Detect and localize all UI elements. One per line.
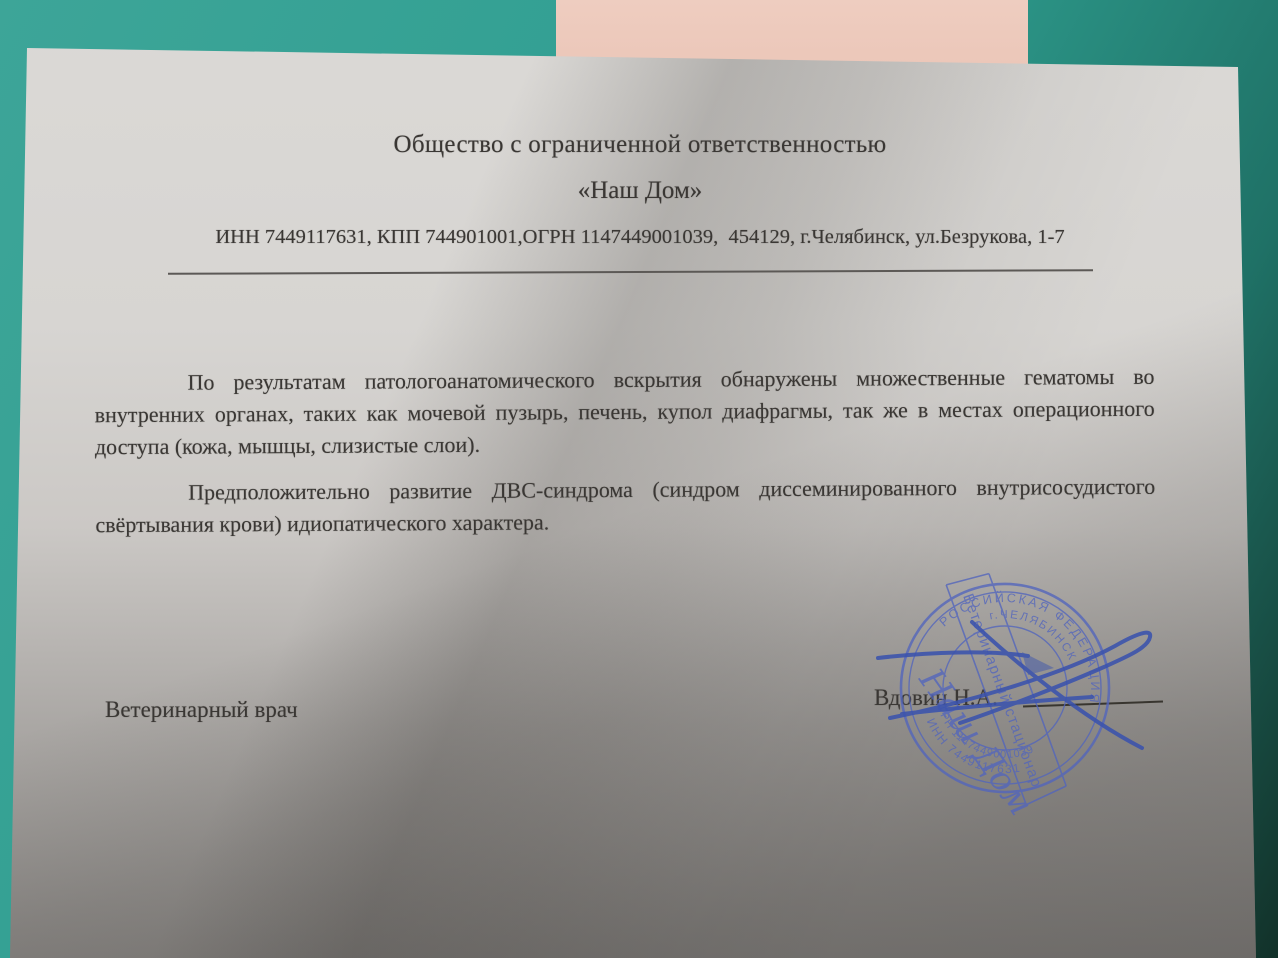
stamp-and-signature: РОССИЙСКАЯ ФЕДЕРАЦИЯ г.ЧЕЛЯБИНСК ИНН 744… bbox=[860, 558, 1180, 858]
requisites-line: ИНН 7449117631, КПП 744901001,ОГРН 11474… bbox=[160, 226, 1120, 249]
document-sheet: Общество с ограниченной ответственностью… bbox=[0, 0, 1278, 958]
org-name-line: «Наш Дом» bbox=[160, 177, 1120, 205]
signatory-role: Ветеринарный врач bbox=[105, 697, 298, 723]
body-text: По результатам патологоанатомического вс… bbox=[94, 361, 1155, 555]
body-paragraph-1: По результатам патологоанатомического вс… bbox=[94, 361, 1155, 463]
photo-of-document: Общество с ограниченной ответственностью… bbox=[0, 0, 1278, 958]
round-stamp: РОССИЙСКАЯ ФЕДЕРАЦИЯ г.ЧЕЛЯБИНСК ИНН 744… bbox=[860, 558, 1146, 841]
pink-paper-behind bbox=[556, 0, 1028, 64]
round-stamp-svg: РОССИЙСКАЯ ФЕДЕРАЦИЯ г.ЧЕЛЯБИНСК ИНН 744… bbox=[860, 558, 1180, 858]
org-type-line: Общество с ограниченной ответственностью bbox=[160, 131, 1120, 159]
body-paragraph-2: Предположительно развитие ДВС-синдрома (… bbox=[95, 471, 1155, 541]
header-divider bbox=[168, 269, 1093, 275]
